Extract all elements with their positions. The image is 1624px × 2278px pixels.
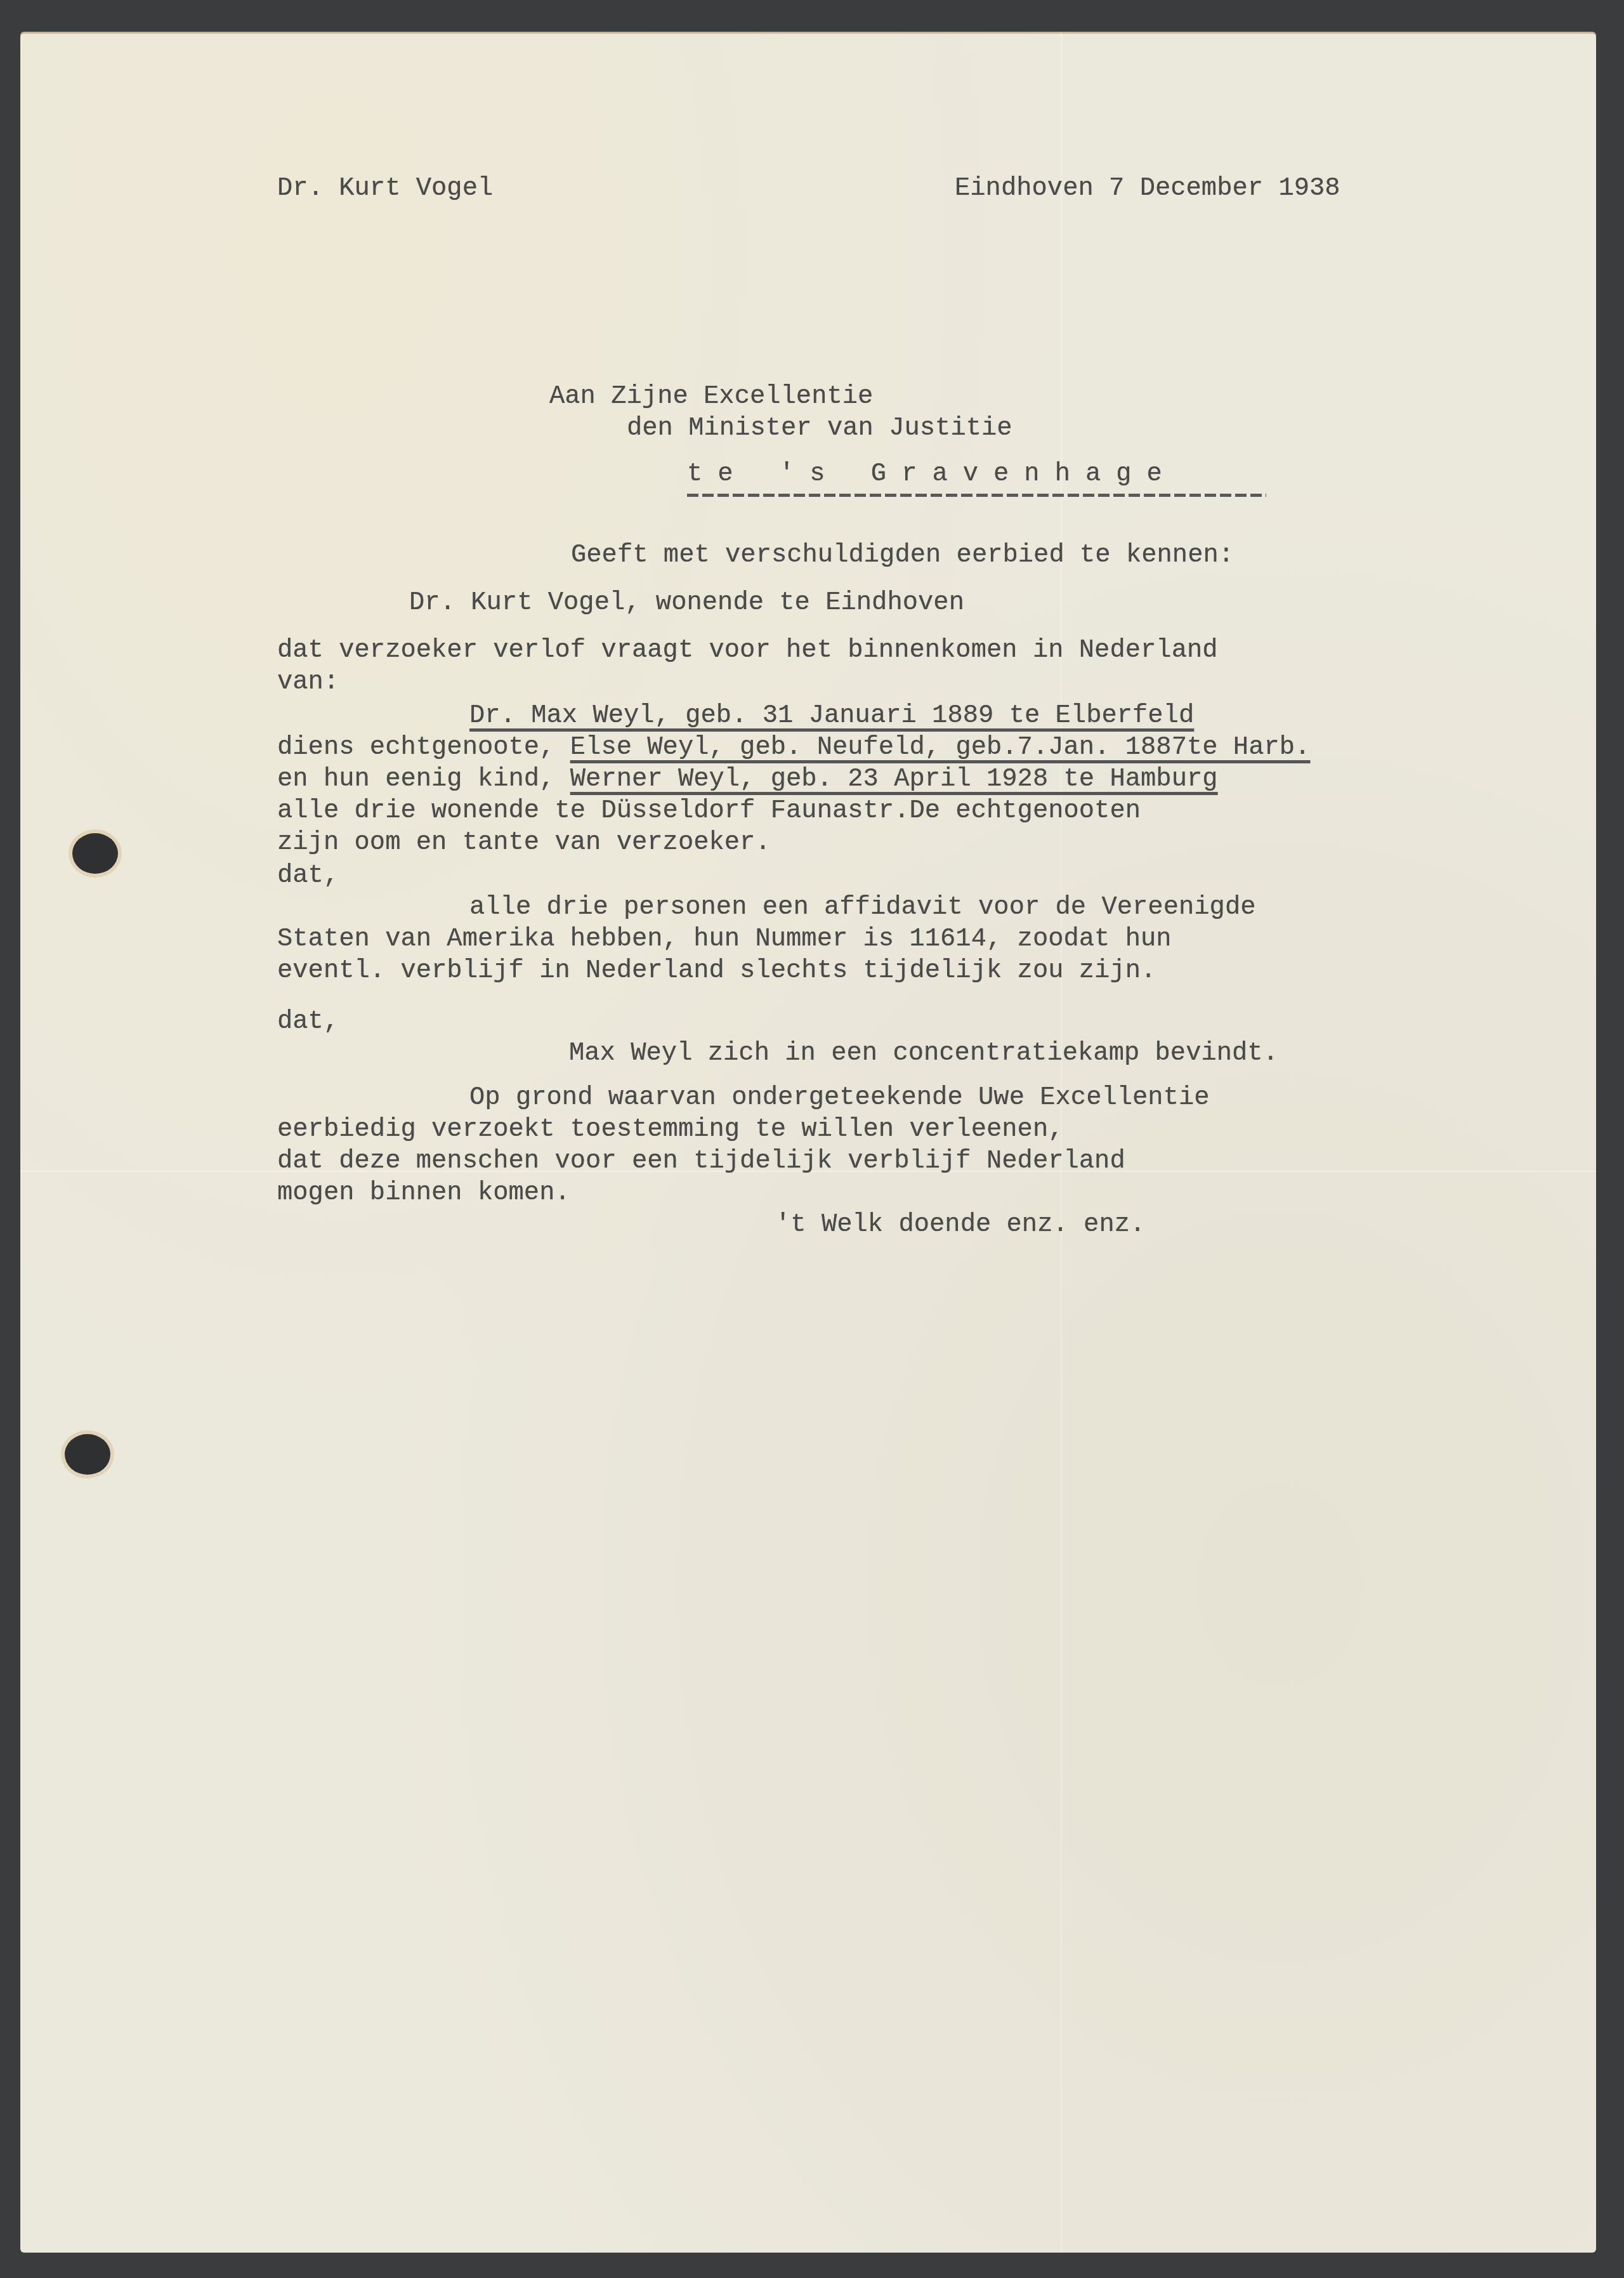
petitioner-line: Dr. Kurt Vogel, wonende te Eindhoven — [409, 587, 964, 619]
dat-line-1: dat, — [277, 860, 339, 892]
residence-line-2: zijn oom en tante van verzoeker. — [277, 827, 771, 859]
sender-name: Dr. Kurt Vogel — [277, 173, 493, 204]
address-line-3: te 's Gravenhage — [687, 458, 1177, 490]
person-2-prefix: diens echtgenoote, — [277, 733, 570, 762]
petition-line-4: mogen binnen komen. — [277, 1177, 570, 1209]
intro-line: Geeft met verschuldigden eerbied te kenn… — [571, 539, 1234, 571]
person-3-prefix: en hun eenig kind, — [277, 765, 570, 794]
punch-hole-lower — [65, 1434, 110, 1475]
petition-line-1: Op grond waarvan ondergeteekende Uwe Exc… — [469, 1082, 1210, 1114]
person-3-werner-weyl: Werner Weyl, geb. 23 April 1928 te Hambu… — [570, 765, 1218, 794]
affidavit-line-3: eventl. verblijf in Nederland slechts ti… — [277, 955, 1156, 987]
address-line-2: den Minister van Justitie — [627, 412, 1012, 444]
person-2-else-weyl: Else Weyl, geb. Neufeld, geb.7.Jan. 1887… — [570, 733, 1311, 762]
punch-hole-upper — [72, 833, 118, 874]
petition-line-2: eerbiedig verzoekt toestemming te willen… — [277, 1114, 1064, 1145]
person-1-max-weyl: Dr. Max Weyl, geb. 31 Januari 1889 te El… — [469, 700, 1194, 732]
place-date: Eindhoven 7 December 1938 — [955, 173, 1340, 204]
person-2-row: diens echtgenoote, Else Weyl, geb. Neufe… — [277, 732, 1310, 763]
request-line-2: van: — [277, 666, 339, 698]
camp-line: Max Weyl zich in een concentratiekamp be… — [569, 1037, 1278, 1069]
dat-line-2: dat, — [277, 1006, 339, 1037]
petition-line-3: dat deze menschen voor een tijdelijk ver… — [277, 1145, 1125, 1177]
person-3-row: en hun eenig kind, Werner Weyl, geb. 23 … — [277, 763, 1218, 795]
closing-line: 't Welk doende enz. enz. — [775, 1209, 1145, 1241]
residence-line-1: alle drie wonende te Düsseldorf Faunastr… — [277, 795, 1141, 827]
affidavit-line-2: Staten van Amerika hebben, hun Nummer is… — [277, 923, 1172, 955]
address-dashed-underline — [687, 494, 1266, 497]
affidavit-line-1: alle drie personen een affidavit voor de… — [469, 892, 1256, 923]
address-line-1: Aan Zijne Excellentie — [549, 381, 873, 412]
request-line-1: dat verzoeker verlof vraagt voor het bin… — [277, 635, 1218, 666]
